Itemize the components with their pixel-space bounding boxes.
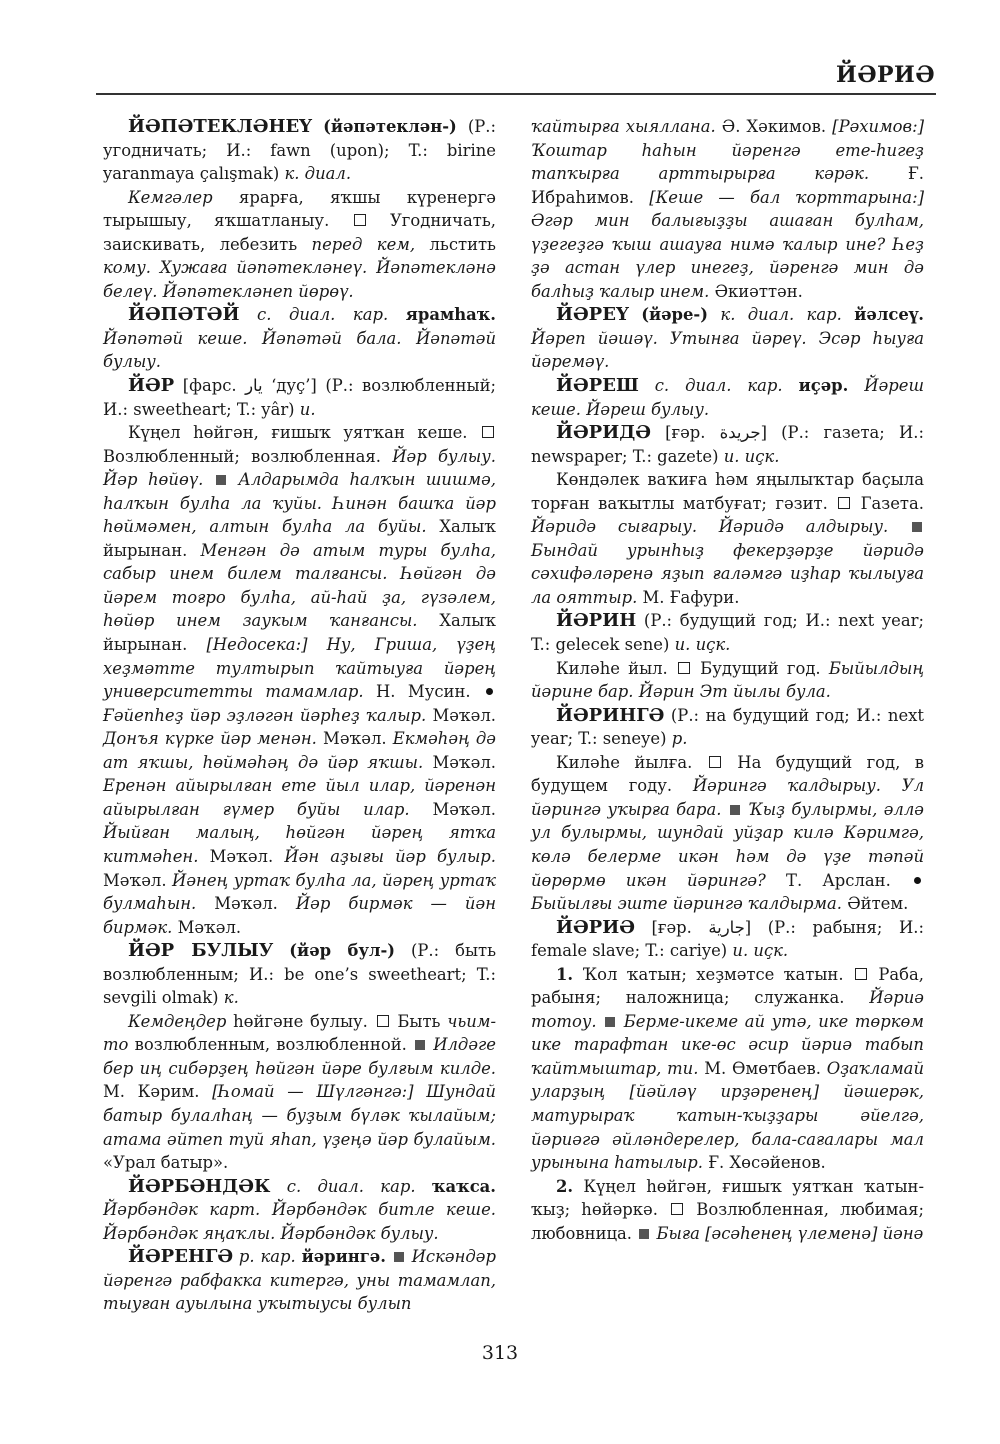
headword: ЙӘПӘТӘЙ [128, 304, 239, 325]
entry-yar: ЙӘР [фарс. یار ‘дуҫ’] (Р.: возлюбленный;… [103, 374, 496, 421]
open-square-icon [838, 497, 850, 509]
headword: ЙӘРЕНГӘ [128, 1246, 233, 1267]
sense-2: 2. Күңел һөйгән, ғишыҡ уятҡан ҡатын-ҡыҙ;… [531, 1175, 924, 1246]
entry-yarbandak: ЙӘРБӘНДӘК с. диал. кар. ҡаҡса. Йәрбәндәк… [103, 1175, 496, 1246]
header-rule [96, 93, 936, 95]
entry-yarenga: ЙӘРЕНГӘ р. кар. йәрингә. Искәндәр йәренг… [103, 1245, 496, 1316]
headword: ЙӘР [128, 375, 174, 396]
entry-yarenga-continued: ҡайтырға хыяллана. Ә. Хәкимов. [Рәхимов:… [531, 115, 924, 303]
filled-square-icon [730, 805, 740, 815]
left-column: ЙӘПӘТЕКЛӘНЕҮ (йәпәтеклән-) (Р.: угоднича… [103, 115, 496, 1316]
filled-square-icon [216, 475, 226, 485]
entry-yaresh: ЙӘРЕШ с. диал. кар. иҫәр. Йәреш кеше. Йә… [531, 374, 924, 421]
entry-yapateklaneu: ЙӘПӘТЕКЛӘНЕҮ (йәпәтеклән-) (Р.: угоднича… [103, 115, 496, 186]
open-square-icon [709, 756, 721, 768]
headword: ЙӘРБӘНДӘК [128, 1176, 270, 1197]
headword: ЙӘПӘТЕКЛӘНЕҮ [128, 116, 312, 137]
entry-yareu: ЙӘРЕҮ (йәре-) к. диал. кар. йәлсеү. Йәре… [531, 303, 924, 374]
filled-square-icon [415, 1040, 425, 1050]
headword: ЙӘРИНГӘ [556, 705, 664, 726]
open-square-icon [354, 214, 366, 226]
entry-yar-buluu: ЙӘР БУЛЫУ (йәр бул-) (Р.: быть возлюблен… [103, 939, 496, 1010]
open-square-icon [678, 662, 690, 674]
filled-square-icon [605, 1017, 615, 1027]
open-square-icon [482, 426, 494, 438]
headword: ЙӘРЕШ [556, 375, 639, 396]
entry-yarida: ЙӘРИДӘ [ғәр. جريدة] (Р.: газета; И.: new… [531, 421, 924, 468]
right-column: ҡайтырға хыяллана. Ә. Хәкимов. [Рәхимов:… [531, 115, 924, 1245]
filled-square-icon [639, 1229, 649, 1239]
bullet-icon [914, 877, 921, 884]
entry-yapatay: ЙӘПӘТӘЙ с. диал. кар. ярамһаҡ. Йәпәтәй к… [103, 303, 496, 374]
open-square-icon [671, 1203, 683, 1215]
filled-square-icon [394, 1252, 404, 1262]
headword: ЙӘРИӘ [556, 917, 635, 938]
headword: ЙӘРЕҮ [556, 304, 629, 325]
open-square-icon [377, 1015, 389, 1027]
headword: ЙӘРИДӘ [556, 422, 651, 443]
entry-yaria: ЙӘРИӘ [ғәр. جارية] (Р.: рабыня; И.: fema… [531, 916, 924, 963]
headword: ЙӘР БУЛЫУ [128, 940, 273, 961]
open-square-icon [855, 968, 867, 980]
sense-1: 1. Ҡол ҡатын; хеҙмәтсе ҡатын. Раба, рабы… [531, 963, 924, 1175]
running-head: ЙӘРИӘ [836, 62, 935, 88]
page-number: 313 [0, 1342, 1000, 1364]
entry-yaringa: ЙӘРИНГӘ (Р.: на будущий год; И.: next ye… [531, 704, 924, 751]
filled-square-icon [912, 522, 922, 532]
bullet-icon [486, 688, 493, 695]
entry-yarin: ЙӘРИН (Р.: будущий год; И.: next year; T… [531, 609, 924, 656]
headword: ЙӘРИН [556, 610, 636, 631]
